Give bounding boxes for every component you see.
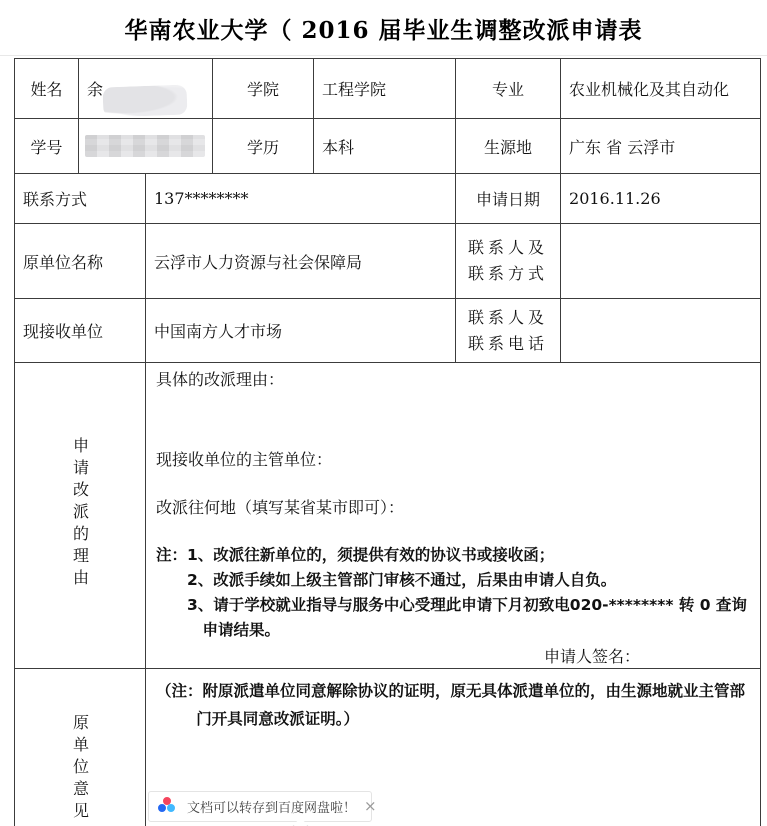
original-unit-label-cell: 原单位名称	[15, 224, 146, 299]
table-row: 原单位名称 云浮市人力资源与社会保障局 联系人及 联系方式	[15, 224, 761, 299]
receiving-unit-contact-value-cell	[561, 299, 761, 363]
opinion-side-label: 原单位意见	[69, 714, 92, 824]
name-value-cell: 余	[79, 59, 213, 119]
page-separator-line	[0, 55, 767, 56]
table-row: 联系方式 137******** 申请日期 2016.11.26	[15, 174, 761, 224]
reason-side-label: 申请改派的理由	[69, 437, 92, 591]
note-line-3: 3、请于学校就业指导与服务中心受理此申请下月初致电020-******** 转 …	[156, 593, 750, 643]
receiving-unit-contact-label-cell: 联系人及 联系电话	[456, 299, 561, 363]
opinion-note: （注：附原派遣单位同意解除协议的证明，原无具体派遣单位的，由生源地就业主管部门开…	[156, 677, 752, 733]
name-label-cell: 姓名	[15, 59, 79, 119]
reason-side-label-cell: 申请改派的理由	[15, 363, 146, 669]
student-id-value-cell	[79, 119, 213, 174]
reason-prompt-line: 具体的改派理由：	[156, 369, 750, 391]
original-unit-value-cell: 云浮市人力资源与社会保障局	[146, 224, 456, 299]
application-form-page: 华南农业大学（ 2016 届毕业生调整改派申请表 姓名 余 学院 工程学院 专业…	[0, 0, 767, 826]
contact-label-line1: 联系人及	[460, 305, 556, 331]
close-icon[interactable]: ×	[364, 799, 377, 814]
receiving-unit-label-cell: 现接收单位	[15, 299, 146, 363]
college-label-cell: 学院	[213, 59, 314, 119]
name-redaction-blur	[103, 85, 188, 118]
note-line-1: 注：1、改派往新单位的，须提供有效的协议书或接收函；	[156, 543, 750, 568]
destination-prompt-line: 改派往何地（填写某省某市即可）：	[156, 497, 750, 519]
name-value: 余	[87, 77, 103, 100]
note-line-2: 2、改派手续如上级主管部门审核不通过，后果由申请人自负。	[156, 568, 750, 593]
student-id-label-cell: 学号	[15, 119, 79, 174]
contact-label-line1: 联系人及	[460, 235, 556, 261]
notes-block: 注：1、改派往新单位的，须提供有效的协议书或接收函； 2、改派手续如上级主管部门…	[156, 543, 750, 643]
table-row: 学号 学历 本科 生源地 广东 省 云浮市	[15, 119, 761, 174]
origin-label-cell: 生源地	[456, 119, 561, 174]
apply-date-value-cell: 2016.11.26	[561, 174, 761, 224]
application-form-table: 姓名 余 学院 工程学院 专业 农业机械化及其自动化 学号 学历 本科 生源地 …	[14, 58, 761, 826]
baidu-netdisk-toast[interactable]: 文档可以转存到百度网盘啦！ ×	[148, 791, 372, 822]
original-unit-contact-value-cell	[561, 224, 761, 299]
applicant-signature-label: 申请人签名：	[156, 646, 750, 668]
table-row: 申请改派的理由 具体的改派理由： 现接收单位的主管单位： 改派往何地（填写某省某…	[15, 363, 761, 669]
toast-message[interactable]: 文档可以转存到百度网盘啦！	[187, 797, 356, 816]
table-row: 现接收单位 中国南方人才市场 联系人及 联系电话	[15, 299, 761, 363]
supervisor-prompt-line: 现接收单位的主管单位：	[156, 449, 750, 471]
reason-content-cell: 具体的改派理由： 现接收单位的主管单位： 改派往何地（填写某省某市即可）： 注：…	[146, 363, 761, 669]
opinion-side-label-cell: 原单位意见	[15, 669, 146, 826]
netdisk-ring-lightblue	[167, 804, 175, 812]
degree-value-cell: 本科	[314, 119, 456, 174]
major-value-cell: 农业机械化及其自动化	[561, 59, 761, 119]
table-row: 姓名 余 学院 工程学院 专业 农业机械化及其自动化	[15, 59, 761, 119]
original-unit-contact-label-cell: 联系人及 联系方式	[456, 224, 561, 299]
college-value-cell: 工程学院	[314, 59, 456, 119]
page-title: 华南农业大学（ 2016 届毕业生调整改派申请表	[0, 12, 767, 45]
student-id-redaction-blur	[85, 135, 205, 157]
contact-label-cell: 联系方式	[15, 174, 146, 224]
netdisk-ring-blue	[158, 804, 166, 812]
major-label-cell: 专业	[456, 59, 561, 119]
degree-label-cell: 学历	[213, 119, 314, 174]
contact-value-cell: 137********	[146, 174, 456, 224]
table-row: 原单位意见 （注：附原派遣单位同意解除协议的证明，原无具体派遣单位的，由生源地就…	[15, 669, 761, 826]
origin-value-cell: 广东 省 云浮市	[561, 119, 761, 174]
contact-label-line2: 联系方式	[460, 261, 556, 287]
baidu-netdisk-icon	[158, 797, 179, 817]
receiving-unit-value-cell: 中国南方人才市场	[146, 299, 456, 363]
contact-label-line2: 联系电话	[460, 331, 556, 357]
apply-date-label-cell: 申请日期	[456, 174, 561, 224]
